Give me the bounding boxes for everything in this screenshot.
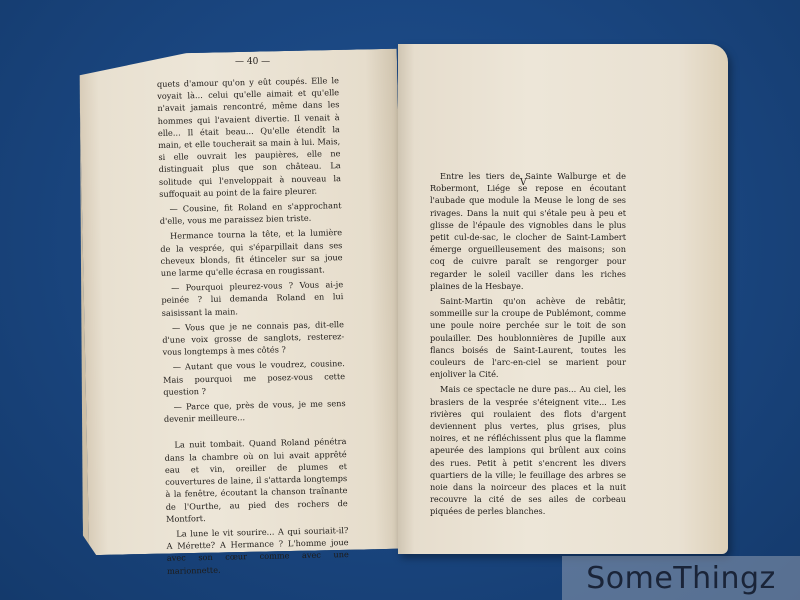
paragraph: — Autant que vous le voudrez, cousine. M… [163,358,346,398]
paragraph: Saint-Martin qu'on achève de rebâtir, so… [430,295,626,380]
paragraph: — Parce que, près de vous, je me sens de… [164,397,346,425]
right-page-text: Entre les tiers de Sainte Walburge et de… [430,170,626,521]
open-book: — 40 — quets d'amour qu'on y eût coupés.… [0,0,800,600]
paragraph: — Vous que je ne connais pas, dit-elle d… [162,318,345,358]
paragraph: quets d'amour qu'on y eût coupés. Elle l… [157,74,342,200]
left-page-text: quets d'amour qu'on y eût coupés. Elle l… [157,74,349,579]
paragraph: — Cousine, fit Roland en s'approchant d'… [159,199,341,227]
page-number: — 40 — [235,57,270,67]
paragraph: La nuit tombait. Quand Roland pénétra da… [164,436,348,525]
paragraph: — Pourquoi pleurez-vous ? Vous ai-je pei… [161,278,344,318]
paragraph: Entre les tiers de Sainte Walburge et de… [430,170,626,292]
paragraph: Hermance tourna la tête, et la lumière d… [160,227,343,280]
watermark-logo: SomeThingz [562,556,800,600]
paragraph: La lune le vit sourire... A qui souriait… [166,524,349,577]
paragraph: Mais ce spectacle ne dure pas... Au ciel… [430,383,626,517]
